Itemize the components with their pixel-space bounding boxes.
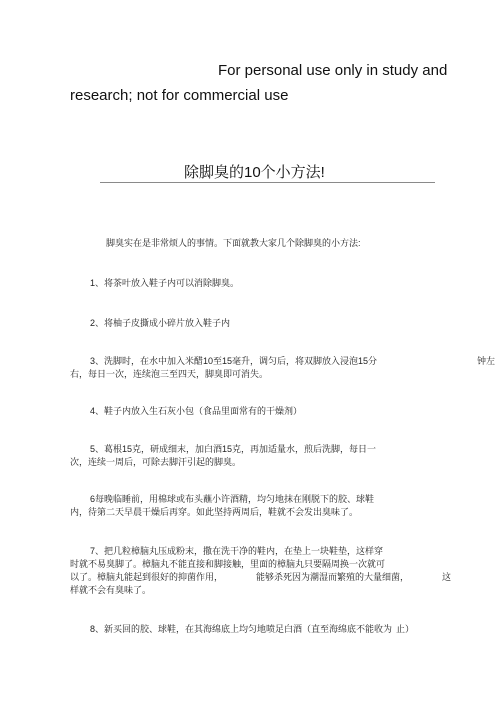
tip-7-line-4: 样就不会有臭味了。 xyxy=(70,584,451,597)
tip-7-line-3b: 能够杀死因为潮湿而繁殖的大量细菌， xyxy=(256,572,409,582)
tip-8-line-1-tail: 止） xyxy=(396,624,414,634)
watermark-text-line1: For personal use only in study and xyxy=(218,62,447,80)
tip-7-line-1: 7、把几粒樟脑丸压成粉末，撒在洗干净的鞋内，在垫上一块鞋垫，这样穿 xyxy=(70,545,451,558)
tip-item-4: 4、鞋子内放入生石灰小包（食品里面常有的干燥剂） xyxy=(90,405,302,418)
document-title: 除脚臭的10个小方法! xyxy=(184,164,325,182)
tip-item-8: 8、新买回的胶、球鞋，在其海绵底上均匀地喷足白酒（直至海绵底不能收为止） xyxy=(90,623,414,636)
document-page: For personal use only in study and resea… xyxy=(0,0,500,708)
tip-3-line-1-tail: 钟左 xyxy=(477,356,495,366)
tip-1-line-1: 1、将茶叶放入鞋子内可以消除脚臭。 xyxy=(90,277,239,290)
tip-6-line-1: 6每晚临睡前，用棉球或布头蘸小许酒精，均匀地抹在刚脱下的胶、球鞋 xyxy=(70,493,374,506)
intro-paragraph: 脚臭实在是非常烦人的事情。下面就教大家几个除脚臭的小方法: xyxy=(106,237,361,250)
tip-5-line-2: 次，连续一周后，可除去脚汗引起的脚臭。 xyxy=(70,456,376,469)
tip-7-line-3c: 这 xyxy=(442,572,451,582)
tip-4-line-1: 4、鞋子内放入生石灰小包（食品里面常有的干燥剂） xyxy=(90,405,302,418)
tip-item-1: 1、将茶叶放入鞋子内可以消除脚臭。 xyxy=(90,277,239,290)
tip-6-line-2: 内，待第二天早晨干燥后再穿。如此坚持两周后，鞋就不会发出臭味了。 xyxy=(70,506,374,519)
title-divider xyxy=(100,182,435,183)
tip-3-line-2: 右，每日一次，连续泡三至四天，脚臭即可消失。 xyxy=(70,368,495,381)
tip-7-line-2: 时就不易臭脚了。樟脑丸不能直接和脚接触，里面的樟脑丸只要隔周换一次就可 xyxy=(70,558,451,571)
tip-8-line-1: 8、新买回的胶、球鞋，在其海绵底上均匀地喷足白酒（直至海绵底不能收为 xyxy=(90,624,392,634)
tip-3-line-1: 3、洗脚时，在水中加入米醋10至15毫升，调匀后，将双脚放入浸泡15分 xyxy=(90,356,377,366)
tip-item-3: 3、洗脚时，在水中加入米醋10至15毫升，调匀后，将双脚放入浸泡15分钟左 右，… xyxy=(70,355,495,381)
tip-item-6: 6每晚临睡前，用棉球或布头蘸小许酒精，均匀地抹在刚脱下的胶、球鞋 内，待第二天早… xyxy=(70,493,374,519)
tip-item-5: 5、葛根15克，研成细末，加白酒15克，再加适量水，煎后洗脚，每日一 次，连续一… xyxy=(70,443,376,469)
watermark-text-line2: research; not for commercial use xyxy=(70,87,288,105)
intro-text: 脚臭实在是非常烦人的事情。下面就教大家几个除脚臭的小方法: xyxy=(106,237,361,250)
tip-7-line-3a: 以了。樟脑丸能起到很好的抑菌作用， xyxy=(70,572,223,582)
tip-item-2: 2、将柚子皮撕成小碎片放入鞋子内 xyxy=(90,317,230,330)
tip-2-line-1: 2、将柚子皮撕成小碎片放入鞋子内 xyxy=(90,317,230,330)
tip-5-line-1: 5、葛根15克，研成细末，加白酒15克，再加适量水，煎后洗脚，每日一 xyxy=(70,443,376,456)
tip-item-7: 7、把几粒樟脑丸压成粉末，撒在洗干净的鞋内，在垫上一块鞋垫，这样穿 时就不易臭脚… xyxy=(70,545,451,597)
